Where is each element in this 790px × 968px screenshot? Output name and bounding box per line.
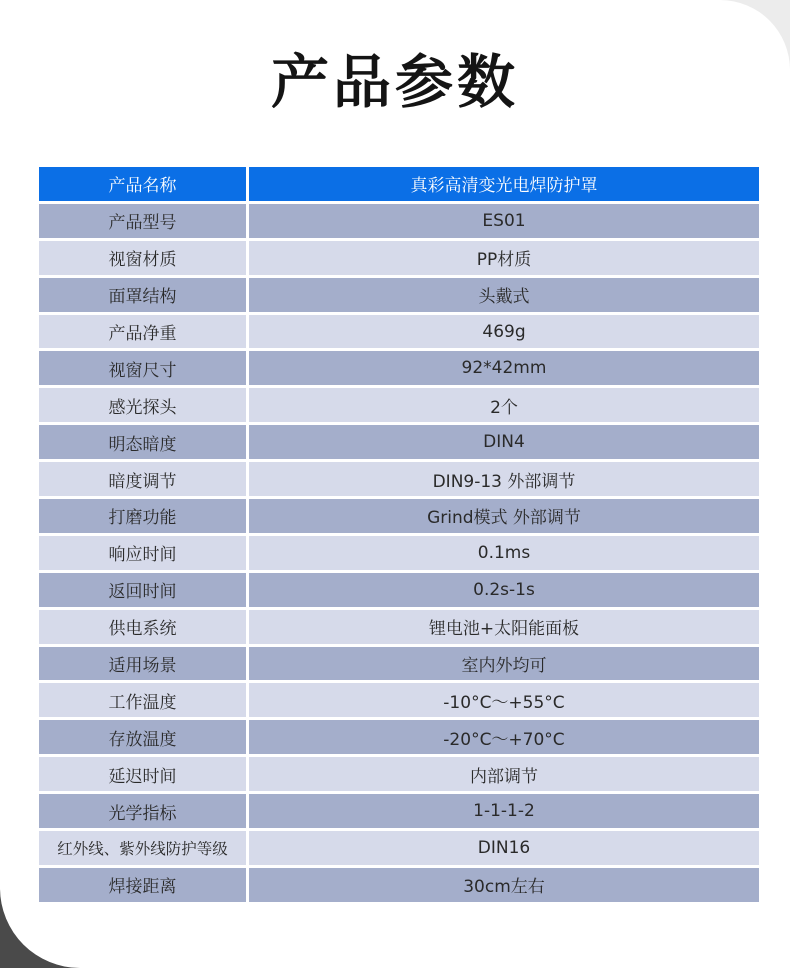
table-row: 光学指标 1-1-1-2 — [39, 794, 759, 828]
spec-label: 产品名称 — [39, 167, 246, 201]
spec-label: 存放温度 — [39, 720, 246, 754]
spec-label: 面罩结构 — [39, 278, 246, 312]
table-row: 响应时间 0.1ms — [39, 536, 759, 570]
spec-value: 1-1-1-2 — [249, 794, 759, 828]
content-card: 产品参数 产品名称 真彩高清变光电焊防护罩 产品型号 ES01 视窗材质 PP材… — [0, 0, 790, 968]
spec-value: 469g — [249, 315, 759, 349]
spec-value: DIN4 — [249, 425, 759, 459]
table-row: 暗度调节 DIN9-13 外部调节 — [39, 462, 759, 496]
spec-label: 红外线、紫外线防护等级 — [39, 831, 246, 865]
table-row: 产品净重 469g — [39, 315, 759, 349]
table-row: 明态暗度 DIN4 — [39, 425, 759, 459]
spec-value: -10°C～+55°C — [249, 683, 759, 717]
spec-value: -20°C～+70°C — [249, 720, 759, 754]
spec-value: DIN16 — [249, 831, 759, 865]
spec-label: 产品净重 — [39, 315, 246, 349]
table-row: 焊接距离 30cm左右 — [39, 868, 759, 902]
spec-table: 产品名称 真彩高清变光电焊防护罩 产品型号 ES01 视窗材质 PP材质 面罩结… — [39, 167, 759, 902]
spec-label: 视窗尺寸 — [39, 351, 246, 385]
spec-label: 焊接距离 — [39, 868, 246, 902]
spec-value: PP材质 — [249, 241, 759, 275]
spec-value: 室内外均可 — [249, 647, 759, 681]
table-row: 面罩结构 头戴式 — [39, 278, 759, 312]
spec-value: 头戴式 — [249, 278, 759, 312]
spec-value: Grind模式 外部调节 — [249, 499, 759, 533]
spec-value: 0.2s-1s — [249, 573, 759, 607]
spec-label: 工作温度 — [39, 683, 246, 717]
page-title: 产品参数 — [0, 42, 790, 122]
spec-label: 感光探头 — [39, 388, 246, 422]
spec-value: ES01 — [249, 204, 759, 238]
table-row: 视窗尺寸 92*42mm — [39, 351, 759, 385]
spec-value: DIN9-13 外部调节 — [249, 462, 759, 496]
spec-value: 0.1ms — [249, 536, 759, 570]
spec-value: 2个 — [249, 388, 759, 422]
table-row: 工作温度 -10°C～+55°C — [39, 683, 759, 717]
spec-label: 暗度调节 — [39, 462, 246, 496]
spec-value: 30cm左右 — [249, 868, 759, 902]
table-row: 打磨功能 Grind模式 外部调节 — [39, 499, 759, 533]
spec-label: 打磨功能 — [39, 499, 246, 533]
table-row: 存放温度 -20°C～+70°C — [39, 720, 759, 754]
spec-label: 供电系统 — [39, 610, 246, 644]
table-row: 适用场景 室内外均可 — [39, 647, 759, 681]
table-row: 延迟时间 内部调节 — [39, 757, 759, 791]
table-header-row: 产品名称 真彩高清变光电焊防护罩 — [39, 167, 759, 201]
table-row: 视窗材质 PP材质 — [39, 241, 759, 275]
spec-value: 锂电池+太阳能面板 — [249, 610, 759, 644]
spec-label: 视窗材质 — [39, 241, 246, 275]
spec-label: 响应时间 — [39, 536, 246, 570]
table-row: 返回时间 0.2s-1s — [39, 573, 759, 607]
table-row: 产品型号 ES01 — [39, 204, 759, 238]
spec-value: 真彩高清变光电焊防护罩 — [249, 167, 759, 201]
table-row: 供电系统 锂电池+太阳能面板 — [39, 610, 759, 644]
table-row: 红外线、紫外线防护等级 DIN16 — [39, 831, 759, 865]
spec-label: 返回时间 — [39, 573, 246, 607]
spec-label: 适用场景 — [39, 647, 246, 681]
table-row: 感光探头 2个 — [39, 388, 759, 422]
spec-value: 92*42mm — [249, 351, 759, 385]
spec-label: 明态暗度 — [39, 425, 246, 459]
spec-label: 延迟时间 — [39, 757, 246, 791]
spec-value: 内部调节 — [249, 757, 759, 791]
spec-label: 光学指标 — [39, 794, 246, 828]
spec-label: 产品型号 — [39, 204, 246, 238]
